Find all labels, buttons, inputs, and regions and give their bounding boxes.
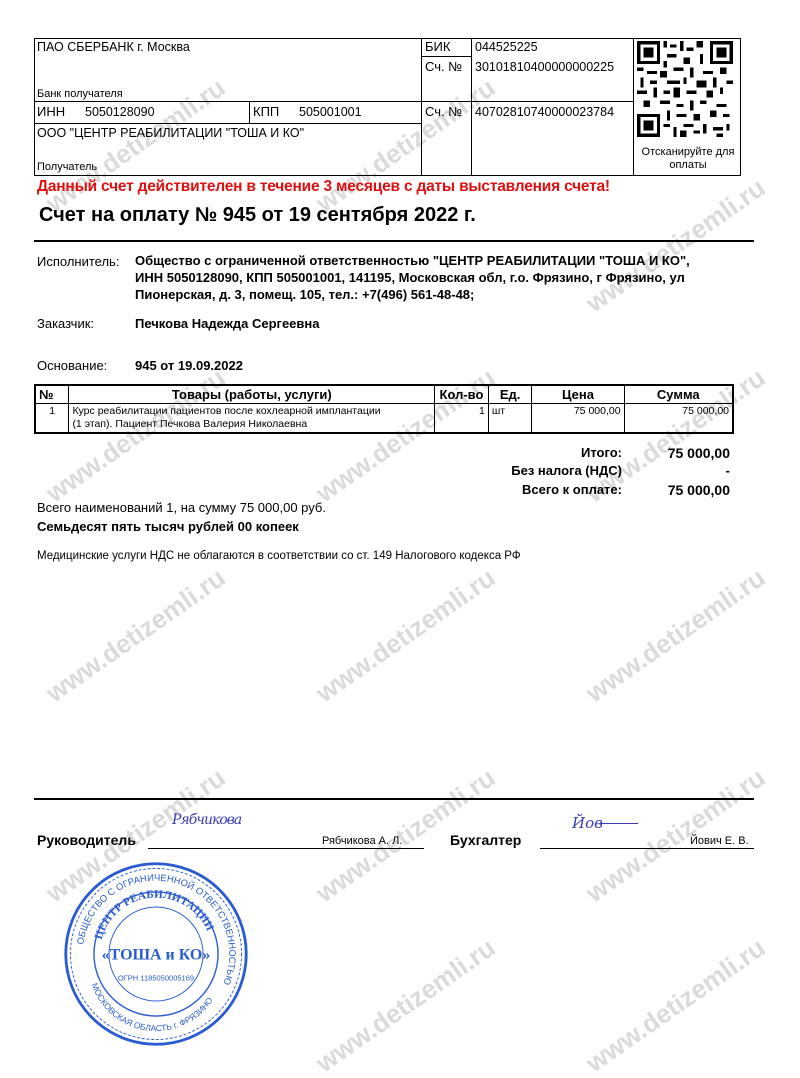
svg-text:«ТОША и КО»: «ТОША и КО» <box>102 947 211 964</box>
svg-text:ОГРН 1185050005169: ОГРН 1185050005169 <box>118 973 194 982</box>
row-qty: 1 <box>435 404 489 434</box>
basis-value: 945 от 19.09.2022 <box>135 357 243 374</box>
customer-label: Заказчик: <box>37 316 94 331</box>
director-name: Рябчикова А. Л. <box>322 835 402 847</box>
inn-label: ИНН <box>37 105 65 119</box>
total-value: 75 000,00 <box>668 482 730 498</box>
subtotal-label: Итого: <box>581 445 622 460</box>
recipient-name: ООО "ЦЕНТР РЕАБИЛИТАЦИИ "ТОША И КО" <box>37 126 304 140</box>
director-signature: Рябчикова <box>172 812 241 828</box>
bank-name: ПАО СБЕРБАНК г. Москва <box>37 40 190 54</box>
validity-warning: Данный счет действителен в течение 3 мес… <box>37 178 610 196</box>
company-stamp-icon: ОБЩЕСТВО С ОГРАНИЧЕННОЙ ОТВЕТСТВЕННОСТЬЮ… <box>62 860 250 1048</box>
col-unit: Ед. <box>488 385 532 404</box>
accountant-name: Йович Е. В. <box>690 835 749 847</box>
inn-value: 5050128090 <box>85 105 155 119</box>
col-price: Цена <box>532 385 624 404</box>
amount-in-words: Семьдесят пять тысяч рублей 00 копеек <box>37 519 299 534</box>
vat-note: Медицинские услуги НДС не облагаются в с… <box>37 550 521 562</box>
kpp-value: 505001001 <box>299 105 362 119</box>
executor-line-2: ИНН 5050128090, КПП 505001001, 141195, М… <box>135 269 685 286</box>
qr-caption: Отсканируйте для оплаты <box>635 146 741 172</box>
accountant-label: Бухгалтер <box>450 832 521 848</box>
account-value: 40702810740000023784 <box>475 105 614 119</box>
table-row: 1 Курс реабилитации пациентов после кохл… <box>35 404 733 434</box>
executor-line-1: Общество с ограниченной ответственностью… <box>135 252 690 269</box>
recipient-label: Получатель <box>37 160 97 174</box>
row-number: 1 <box>35 404 69 434</box>
account-label: Сч. № <box>425 105 462 119</box>
accountant-signature: Йов <box>572 814 603 832</box>
col-qty: Кол-во <box>435 385 489 404</box>
total-label: Всего к оплате: <box>522 482 622 497</box>
bank-label: Банк получателя <box>37 87 123 101</box>
customer-name: Печкова Надежда Сергеевна <box>135 315 319 332</box>
executor-line-3: Пионерская, д. 3, помещ. 105, тел.: +7(4… <box>135 286 474 303</box>
items-count-line: Всего наименований 1, на сумму 75 000,00… <box>37 500 326 515</box>
row-goods-line-1: Курс реабилитации пациентов после кохлеа… <box>72 405 431 418</box>
corr-account-label: Сч. № <box>425 60 462 74</box>
watermark: www.detizemli.ru <box>40 562 231 709</box>
row-goods: Курс реабилитации пациентов после кохлеа… <box>69 404 435 434</box>
col-sum: Сумма <box>624 385 733 404</box>
director-signature-line <box>148 848 424 849</box>
watermark: www.detizemli.ru <box>310 932 501 1078</box>
bank-details-table: ПАО СБЕРБАНК г. Москва Банк получателя И… <box>34 38 741 176</box>
watermark: www.detizemli.ru <box>310 562 501 709</box>
vat-value: - <box>726 463 730 478</box>
basis-label: Основание: <box>37 358 107 373</box>
watermark: www.detizemli.ru <box>580 562 771 709</box>
col-number: № <box>35 385 69 404</box>
items-table: № Товары (работы, услуги) Кол-во Ед. Цен… <box>34 384 734 434</box>
director-label: Руководитель <box>37 832 136 848</box>
qr-code-icon <box>637 41 733 137</box>
row-goods-line-2: (1 этап). Пациент Печкова Валерия Никола… <box>72 418 431 431</box>
row-unit: шт <box>488 404 532 434</box>
kpp-label: КПП <box>253 105 279 119</box>
accountant-signature-stroke <box>600 823 638 824</box>
divider <box>34 798 754 800</box>
executor-label: Исполнитель: <box>37 254 119 269</box>
row-sum: 75 000,00 <box>624 404 733 434</box>
table-header-row: № Товары (работы, услуги) Кол-во Ед. Цен… <box>35 385 733 404</box>
row-price: 75 000,00 <box>532 404 624 434</box>
divider <box>34 240 754 242</box>
watermark: www.detizemli.ru <box>580 932 771 1078</box>
subtotal-value: 75 000,00 <box>668 445 730 461</box>
bik-value: 044525225 <box>475 40 538 54</box>
bik-label: БИК <box>425 40 450 54</box>
corr-account-value: 30101810400000000225 <box>475 60 614 74</box>
invoice-title: Счет на оплату № 945 от 19 сентября 2022… <box>39 204 476 227</box>
vat-label: Без налога (НДС) <box>511 463 622 478</box>
col-goods: Товары (работы, услуги) <box>69 385 435 404</box>
accountant-signature-line <box>540 848 754 849</box>
